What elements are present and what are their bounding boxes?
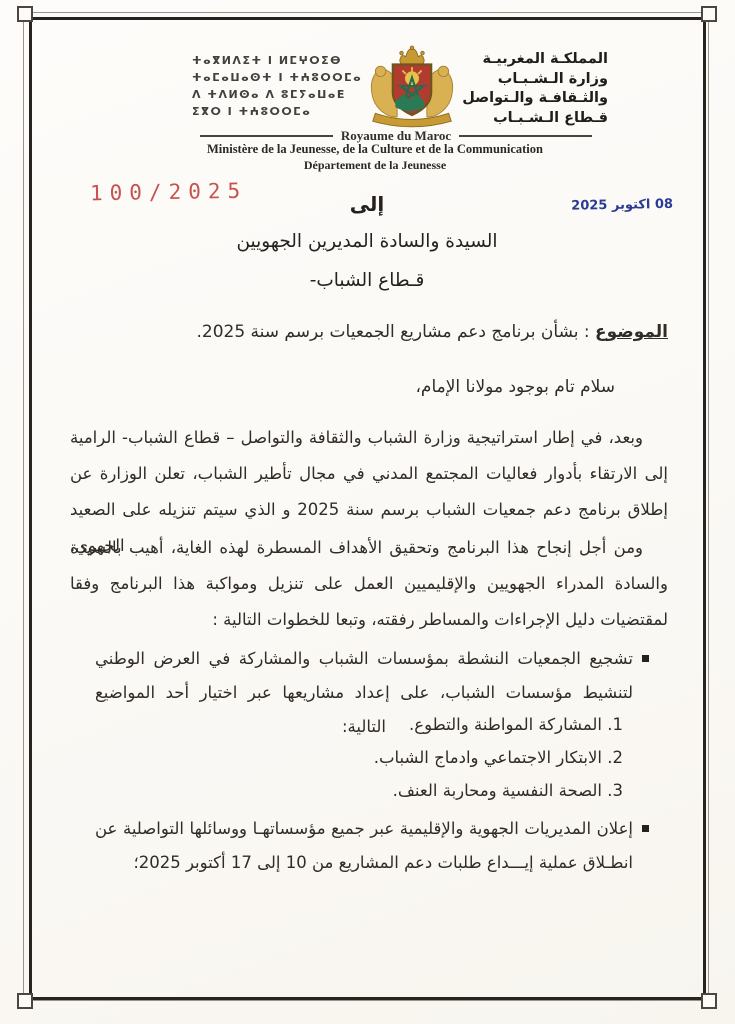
arabic-line: المملكـة المغربيـة: [462, 50, 608, 70]
bullet-square-marker: [642, 655, 649, 662]
subject-text: بشأن برنامج دعم مشاريع الجمعيات برسم سنة…: [196, 322, 578, 342]
subject-label: الموضوع: [595, 322, 668, 342]
recipient-line: قـطاع الشباب-: [167, 262, 567, 300]
topics-list: 1. المشاركة المواطنة والتطوع. 2. الابتكا…: [120, 708, 623, 807]
recipient-block: إلى السيدة والسادة المديرين الجهويين قـط…: [167, 186, 567, 300]
list-item: 3. الصحة النفسية ومحاربة العنف.: [120, 774, 623, 807]
subject-line: الموضوع : بشأن برنامج دعم مشاريع الجمعيا…: [70, 322, 668, 342]
bullet-item: إعلان المديريات الجهوية والإقليمية عبر ج…: [95, 812, 649, 880]
body-paragraph: ومن أجل إنجاح هذا البرنامج وتحقيق الأهدا…: [70, 530, 668, 638]
recipient-line: السيدة والسادة المديرين الجهويين: [167, 222, 567, 262]
border-corner-ornament: [701, 993, 717, 1009]
arabic-line: وزارة الـشـبـاب: [462, 70, 608, 90]
border-corner-ornament: [17, 6, 33, 22]
list-item: 1. المشاركة المواطنة والتطوع.: [120, 708, 623, 741]
salutation: سلام تام بوجود مولانا الإمام،: [415, 377, 615, 397]
tifinagh-line: ⵉⴳⵔ ⵏ ⵜⵄⵓⵔⵔⵎⴰ: [192, 103, 362, 120]
arabic-line: قـطاع الـشـبـاب: [462, 109, 608, 129]
scanned-letter-page: ⵜⴰⴳⵍⴷⵉⵜ ⵏ ⵍⵎⵖⵔⵉⴱ ⵜⴰⵎⴰⵡⴰⵙⵜ ⵏ ⵜⵄⵓⵔⵔⵎⴰ ⴷ ⵜⴷ…: [0, 0, 735, 1024]
letterhead-arabic: المملكـة المغربيـة وزارة الـشـبـاب والثـ…: [462, 44, 608, 128]
subject-separator: :: [578, 322, 595, 342]
tifinagh-line: ⵜⴰⴳⵍⴷⵉⵜ ⵏ ⵍⵎⵖⵔⵉⴱ: [192, 52, 362, 69]
arabic-line: والثـقافـة والـتواصل: [462, 89, 608, 109]
recipient-to: إلى: [167, 186, 567, 222]
department-title-fr: Département de la Jeunesse: [150, 158, 600, 173]
bullet-text: إعلان المديريات الجهوية والإقليمية عبر ج…: [95, 812, 633, 880]
letterhead-tifinagh: ⵜⴰⴳⵍⴷⵉⵜ ⵏ ⵍⵎⵖⵔⵉⴱ ⵜⴰⵎⴰⵡⴰⵙⵜ ⵏ ⵜⵄⵓⵔⵔⵎⴰ ⴷ ⵜⴷ…: [192, 44, 362, 120]
morocco-coat-of-arms-icon: [364, 44, 460, 132]
border-corner-ornament: [17, 993, 33, 1009]
border-corner-ornament: [701, 6, 717, 22]
tifinagh-line: ⴷ ⵜⴷⵍⵙⴰ ⴷ ⵓⵎⵢⴰⵡⴰⴹ: [192, 86, 362, 103]
letterhead: ⵜⴰⴳⵍⴷⵉⵜ ⵏ ⵍⵎⵖⵔⵉⴱ ⵜⴰⵎⴰⵡⴰⵙⵜ ⵏ ⵜⵄⵓⵔⵔⵎⴰ ⴷ ⵜⴷ…: [192, 44, 574, 132]
tifinagh-line: ⵜⴰⵎⴰⵡⴰⵙⵜ ⵏ ⵜⵄⵓⵔⵔⵎⴰ: [192, 69, 362, 86]
ministry-title-fr: Ministère de la Jeunesse, de la Culture …: [150, 142, 600, 157]
bullet-square-marker: [642, 825, 649, 832]
list-item: 2. الابتكار الاجتماعي وادماج الشباب.: [120, 741, 623, 774]
